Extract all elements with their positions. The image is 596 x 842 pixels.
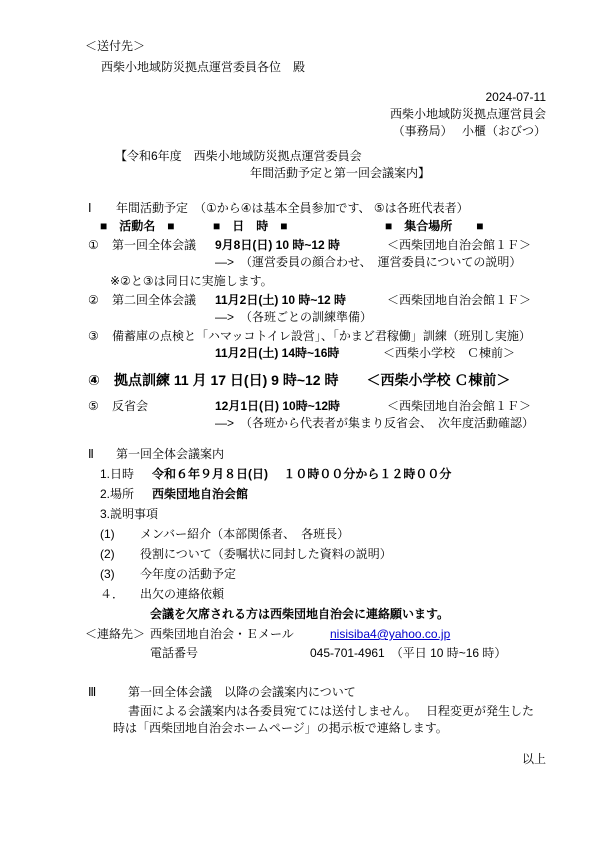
section3-heading: Ⅲ第一回全体会議 以降の会議案内について [88, 684, 546, 701]
item5-datetime: 12月1日(日) 10時~12時 [215, 398, 387, 415]
contact-name: 西柴団地自治会・Ｅメール [150, 626, 330, 643]
agenda3-number: (3) [100, 566, 140, 583]
section3-number: Ⅲ [88, 684, 128, 701]
item5-number: ⑤ [88, 398, 112, 415]
item3-place: ＜西柴小学校 Ｃ棟前＞ [383, 346, 515, 360]
item5-place: ＜西柴団地自治会館１Ｆ＞ [387, 398, 531, 415]
datetime-label: 1.日時 [100, 466, 152, 483]
absence-notice: 会議を欠席される方は西柴団地自治会に連絡願います。 [150, 606, 546, 623]
schedule-item-4: ④拠点訓練 11 月 17 日(日) 9 時~12 時 ＜西柴小学校 Ｃ棟前＞ [88, 370, 546, 390]
phone-label: 電話番号 [150, 645, 310, 662]
item2-datetime: 11月2日(土) 10 時~12 時 [215, 292, 387, 309]
agenda1-text: メンバー紹介（本部関係者、 各班長） [140, 527, 349, 541]
recipient: 西柴小地域防災拠点運営委員各位 殿 [101, 59, 546, 76]
document-title-line2: 年間活動予定と第一回会議案内】 [250, 165, 546, 182]
column-place: ■ 集合場所 ■ [385, 219, 484, 233]
agenda-label: 3.説明事項 [100, 506, 546, 523]
attendance-number: ４． [100, 586, 140, 603]
contact-email-link[interactable]: nisisiba4@yahoo.co.jp [330, 626, 450, 643]
schedule-table-header: ■ 活動名 ■■ 日 時 ■■ 集合場所 ■ [100, 218, 546, 235]
item1-name: 第一回全体会議 [112, 237, 215, 254]
contact-label: ＜連絡先＞ [85, 626, 150, 643]
section3-title: 第一回全体会議 以降の会議案内について [128, 685, 356, 699]
sender-organization: 西柴小地域防災拠点運営員会 [85, 106, 546, 123]
item2-number: ② [88, 292, 112, 309]
column-activity: ■ 活動名 ■ [100, 218, 213, 235]
phone-row: 電話番号 045-701-4961 （平日 10 時~16 時） [85, 645, 546, 662]
item1-note: —> （運営委員の顔合わせ、 運営委員についての説明） [215, 254, 546, 271]
item1-place: ＜西柴団地自治会館１Ｆ＞ [387, 237, 531, 254]
datetime-value: 令和６年９月８日(日) １０時００分から１２時００分 [152, 466, 451, 483]
agenda-item-3: (3)今年度の活動予定 [100, 566, 546, 583]
section3: Ⅲ第一回全体会議 以降の会議案内について 書面による会議案内は各委員宛てには送付… [85, 684, 546, 737]
item5-note: —> （各班から代表者が集まり反省会、 次年度活動確認） [215, 415, 546, 432]
section3-body-line2: 時は「西柴団地自治会ホームページ」の掲示板で連絡します。 [113, 720, 546, 737]
document-title-line1: 【令和6年度 西柴小地域防災拠点運営委員会 [115, 148, 546, 165]
attendance-text: 出欠の連絡依頼 [140, 587, 224, 601]
section1-number: Ⅰ [88, 200, 116, 217]
place-value: 西柴団地自治会館 [152, 486, 248, 503]
document-page: ＜送付先＞ 西柴小地域防災拠点運営委員各位 殿 2024-07-11 西柴小地域… [0, 0, 596, 842]
contact-row: ＜連絡先＞ 西柴団地自治会・Ｅメール nisisiba4@yahoo.co.jp [85, 626, 546, 643]
section2-title: 第一回全体会議案内 [116, 447, 224, 461]
document-title: 【令和6年度 西柴小地域防災拠点運営委員会 年間活動予定と第一回会議案内】 [85, 148, 546, 182]
agenda3-text: 今年度の活動予定 [140, 567, 236, 581]
sendto-label: ＜送付先＞ [85, 38, 546, 55]
schedule-item-5: ⑤ 反省会 12月1日(日) 10時~12時 ＜西柴団地自治会館１Ｆ＞ [88, 398, 546, 415]
item3-name: 備蓄庫の点検と「ハマッコトイレ設営」、「かまど君稼働」訓練（班別し実施） [112, 328, 546, 345]
item2-note: —> （各班ごとの訓練準備） [215, 309, 546, 326]
agenda2-number: (2) [100, 546, 140, 563]
item2-name: 第二回全体会議 [112, 292, 215, 309]
schedule-item-1: ① 第一回全体会議 9月8日(日) 10 時~12 時 ＜西柴団地自治会館１Ｆ＞ [88, 237, 546, 254]
section2-number: Ⅱ [88, 446, 116, 463]
item1-number: ① [88, 237, 112, 254]
item4-number: ④ [88, 370, 114, 390]
column-datetime: ■ 日 時 ■ [213, 218, 385, 235]
schedule-item-3-datetime-row: 11月2日(土) 14時~16時＜西柴小学校 Ｃ棟前＞ [215, 345, 546, 362]
item3-number: ③ [88, 328, 112, 345]
agenda-item-1: (1)メンバー紹介（本部関係者、 各班長） [100, 526, 546, 543]
meeting-datetime-row: 1.日時 令和６年９月８日(日) １０時００分から１２時００分 [100, 466, 546, 483]
sender-block: 2024-07-11 西柴小地域防災拠点運営員会 （事務局） 小櫃（おびつ） [85, 89, 546, 140]
agenda2-text: 役割について（委嘱状に同封した資料の説明） [140, 547, 392, 561]
closing-text: 以上 [85, 751, 546, 768]
phone-value: 045-701-4961 （平日 10 時~16 時） [310, 645, 506, 662]
same-day-note: ※②と③は同日に実施します。 [110, 273, 546, 290]
meeting-place-row: 2.場所 西柴団地自治会館 [100, 486, 546, 503]
item4-text: 拠点訓練 11 月 17 日(日) 9 時~12 時 ＜西柴小学校 Ｃ棟前＞ [114, 372, 510, 388]
document-date: 2024-07-11 [85, 89, 546, 106]
phone-spacer [85, 645, 150, 662]
attendance-row: ４．出欠の連絡依頼 [100, 586, 546, 603]
item3-datetime: 11月2日(土) 14時~16時 [215, 345, 383, 362]
item5-name: 反省会 [112, 398, 215, 415]
section3-body-line1: 書面による会議案内は各委員宛てには送付しません。 日程変更が発生した [128, 703, 546, 720]
section1-title: 年間活動予定 （①から④は基本全員参加です、 ⑤は各班代表者） [116, 201, 469, 215]
item2-place: ＜西柴団地自治会館１Ｆ＞ [387, 292, 531, 309]
item1-datetime: 9月8日(日) 10 時~12 時 [215, 237, 387, 254]
place-label: 2.場所 [100, 486, 152, 503]
agenda1-number: (1) [100, 526, 140, 543]
section1-heading: Ⅰ年間活動予定 （①から④は基本全員参加です、 ⑤は各班代表者） [88, 200, 546, 217]
section2-heading: Ⅱ第一回全体会議案内 [88, 446, 546, 463]
schedule-item-3: ③ 備蓄庫の点検と「ハマッコトイレ設営」、「かまど君稼働」訓練（班別し実施） [88, 328, 546, 345]
schedule-item-2: ② 第二回全体会議 11月2日(土) 10 時~12 時 ＜西柴団地自治会館１Ｆ… [88, 292, 546, 309]
sender-office: （事務局） 小櫃（おびつ） [85, 123, 546, 140]
agenda-item-2: (2)役割について（委嘱状に同封した資料の説明） [100, 546, 546, 563]
